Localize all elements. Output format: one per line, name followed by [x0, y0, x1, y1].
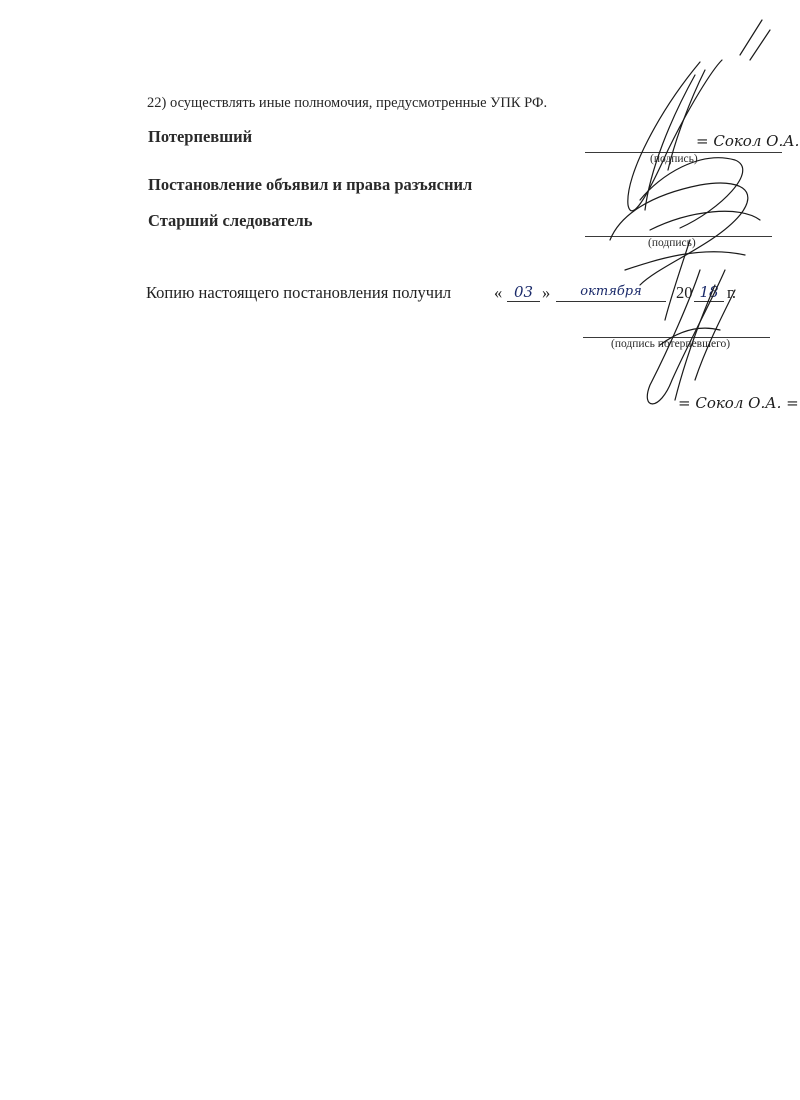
victim-handwritten-note: = Сокол О.А. [696, 132, 799, 150]
clause-22-text: 22) осуществлять иные полномочия, предус… [147, 95, 547, 112]
receipt-handwritten-note: = Сокол О.А. = [678, 394, 799, 412]
month-field: октября [556, 283, 666, 302]
year-prefix: 20 [676, 283, 693, 303]
announcement-heading: Постановление объявил и права разъяснил [148, 175, 472, 195]
document-page: 22) осуществлять иные полномочия, предус… [0, 0, 800, 1100]
open-quote: « [494, 283, 502, 303]
day-field: 03 [507, 283, 540, 302]
investigator-signature-label: (подпись) [648, 237, 696, 249]
handwritten-signatures [0, 0, 800, 1100]
victim-receipt-signature-label: (подпись потерпевшего) [611, 338, 730, 350]
copy-received-text: Копию настоящего постановления получил [146, 283, 451, 303]
victim-heading: Потерпевший [148, 127, 252, 147]
close-quote: » [542, 283, 550, 303]
victim-signature-label: (подпись) [650, 153, 698, 165]
investigator-heading: Старший следователь [148, 211, 313, 231]
year-unit: г. [727, 283, 736, 303]
year-field: 18 [694, 283, 724, 302]
